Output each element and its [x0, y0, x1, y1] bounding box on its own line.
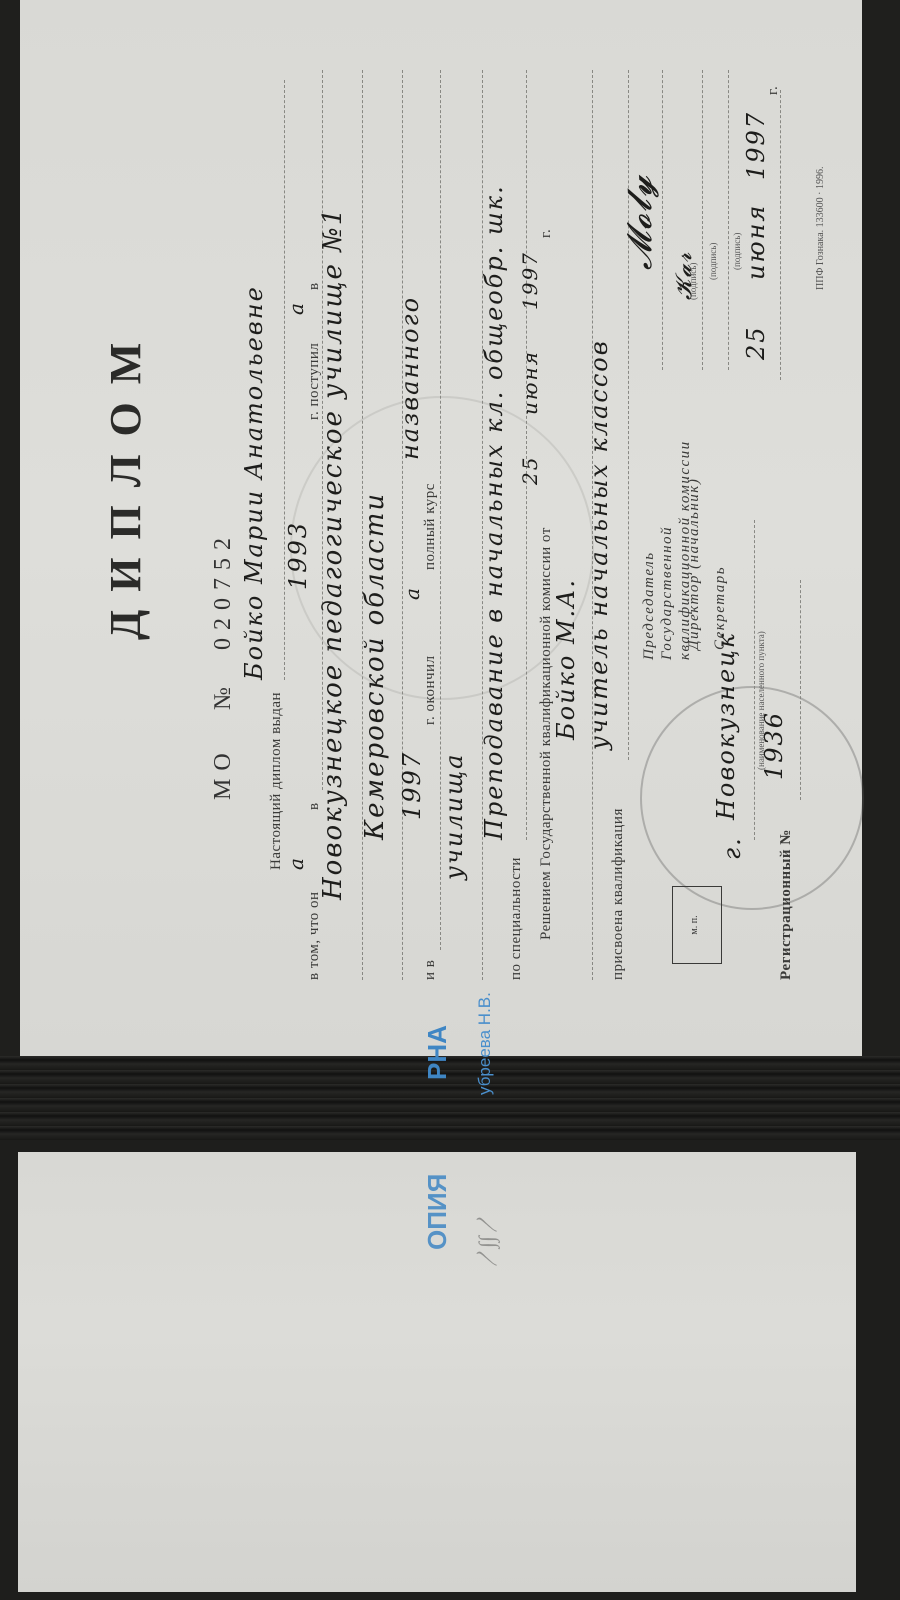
qualification-value: учитель начальных классов: [585, 339, 613, 750]
decision-year: 1997: [518, 251, 542, 310]
qualification-label: присвоена квалификация: [610, 808, 627, 980]
copy-stamp-signer: убреева Н.В.: [475, 992, 495, 1095]
city-prefix: г.: [718, 836, 746, 860]
graduated-suffix: а: [400, 586, 424, 600]
holder-name: Бойко Марии Анатольевне: [240, 285, 268, 680]
issue-month: июня: [742, 204, 770, 280]
full-course-value: названного: [396, 296, 424, 460]
official-seal: [640, 686, 864, 910]
diploma-number: 020752: [210, 530, 237, 650]
signature-line: [702, 70, 703, 370]
institution-type: училища: [440, 753, 468, 880]
registration-number: 1936: [760, 711, 788, 780]
enrolled-year: 1993: [284, 521, 312, 590]
decision-month: июня: [518, 350, 542, 415]
diploma-photo: ДИПЛОМ МО № 020752 Настоящий диплом выда…: [0, 0, 900, 1600]
seal-place-box: м. п.: [672, 886, 722, 964]
enrolled-suffix: а: [284, 301, 308, 315]
director-signature: 𝓚𝓪𝓻: [672, 251, 697, 300]
city-value: Новокузнецк: [712, 632, 740, 820]
graduated-year: 1997: [398, 751, 426, 820]
rule-line: [402, 70, 403, 980]
number-sign: №: [210, 679, 237, 710]
copy-stamp-right-part: РНА: [422, 1025, 453, 1080]
issue-year: 1997: [742, 111, 770, 180]
rule-line: [780, 90, 781, 380]
registration-label: Регистрационный №: [778, 829, 795, 980]
graduated-label: г. окончил: [422, 655, 439, 725]
director-label: Директор (начальник): [686, 478, 703, 650]
year-suffix: г.: [538, 229, 555, 238]
signature-line: [728, 70, 729, 370]
full-course-label: полный курс: [422, 483, 439, 570]
rule-line: [754, 520, 755, 840]
issue-day: 25: [742, 325, 770, 360]
diploma-series: МО: [210, 745, 237, 800]
institution-line2: Кемеровской области: [360, 492, 390, 840]
specialty-value: Преподавание в начальных кл. общеобр. шк…: [480, 184, 508, 840]
signature-hint: (подпись): [708, 243, 718, 280]
in-that-suffix: а: [284, 856, 308, 870]
printer-mark: ППФ Гознака. 133600 · 1996.: [815, 167, 826, 290]
institution-line1: Новокузнецкое педагогическое училище №1: [318, 207, 348, 900]
copy-stamp-signature: 〳∫∫〳: [470, 1214, 501, 1270]
specialty-label: по специальности: [508, 857, 525, 980]
in-that-label: в том, что он: [306, 891, 323, 980]
rule-line: [284, 80, 285, 680]
signature-line: [662, 70, 663, 370]
seal-place-label: м. п.: [689, 887, 700, 963]
decision-person: Бойко М.А.: [552, 578, 580, 740]
decision-day: 25: [518, 456, 542, 485]
issued-label: Настоящий диплом выдан: [268, 692, 285, 870]
chairman-signature: 𝓜𝓸𝓵𝔂: [620, 174, 660, 270]
diploma-title: ДИПЛОМ: [100, 325, 151, 640]
and-in-label: и в: [422, 960, 439, 980]
copy-stamp-left-part: ОПИЯ: [422, 1174, 453, 1250]
signature-hint: (подпись): [732, 233, 742, 270]
rule-line: [800, 580, 801, 800]
